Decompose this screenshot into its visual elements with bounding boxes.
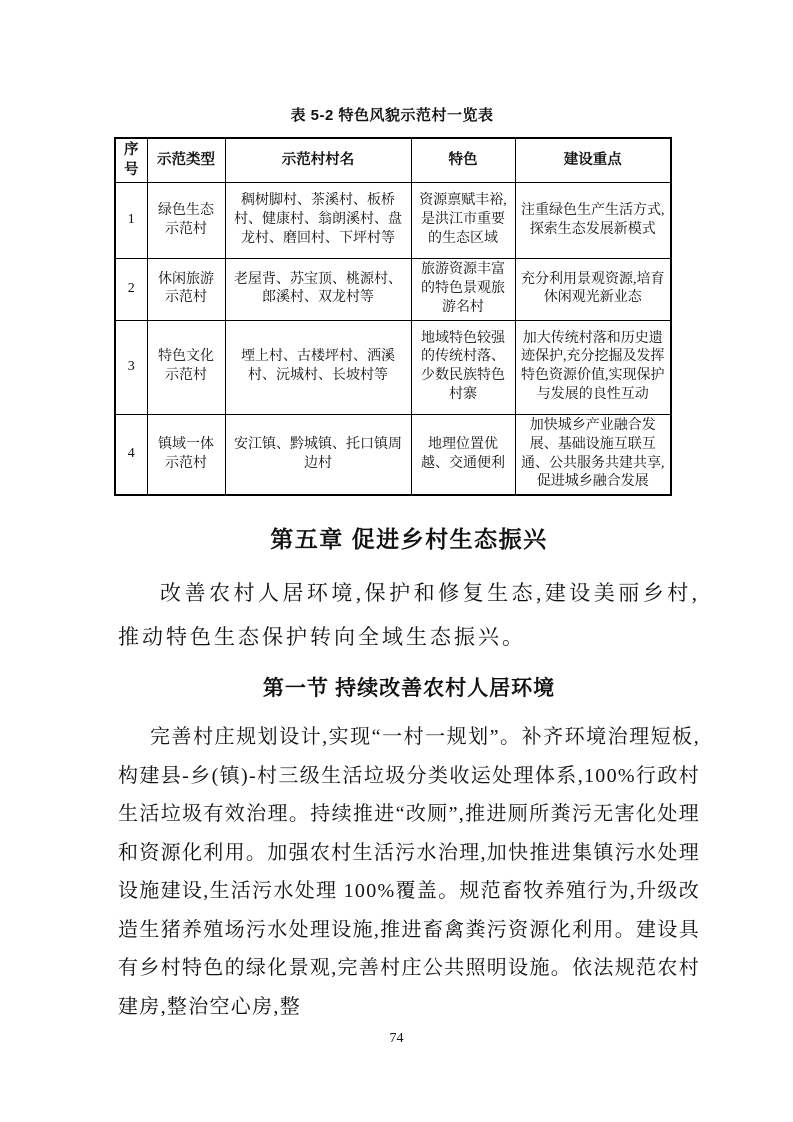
- cell-construction-focus: 充分利用景观资源,培育休闲观光新业态: [515, 259, 671, 321]
- col-header-serial: 序号: [115, 138, 147, 183]
- page-number: 74: [0, 1031, 793, 1047]
- cell-construction-focus: 加快城乡产业融合发展、基础设施互联互通、公共服务共建共享,促进城乡融合发展: [515, 414, 671, 495]
- table-row: 3 特色文化示范村 堙上村、古楼坪村、洒溪村、沅城村、长坡村等 地域特色较强的传…: [115, 320, 671, 414]
- table-row: 1 绿色生态示范村 稠树脚村、茶溪村、板桥村、健康村、翁朗溪村、盘龙村、磨回村、…: [115, 183, 671, 259]
- cell-demo-type: 绿色生态示范村: [147, 183, 225, 259]
- cell-feature: 地理位置优越、交通便利: [411, 414, 515, 495]
- cell-village-names: 安江镇、黔城镇、托口镇周边村: [225, 414, 411, 495]
- cell-demo-type: 镇域一体示范村: [147, 414, 225, 495]
- body-paragraph: 完善村庄规划设计,实现“一村一规划”。补齐环境治理短板,构建县-乡(镇)-村三级…: [118, 718, 700, 1026]
- document-page: 表 5-2 特色风貌示范村一览表 序号 示范类型 示范村村名 特色 建设重点: [0, 0, 793, 1122]
- cell-construction-focus: 注重绿色生产生活方式,探索生态发展新模式: [515, 183, 671, 259]
- table-caption: 表 5-2 特色风貌示范村一览表: [114, 104, 670, 125]
- cell-feature: 资源禀赋丰裕,是洪江市重要的生态区域: [411, 183, 515, 259]
- chapter-heading: 第五章 促进乡村生态振兴: [118, 521, 700, 554]
- col-header-feature: 特色: [411, 138, 515, 183]
- cell-serial: 2: [115, 259, 147, 321]
- cell-construction-focus: 加大传统村落和历史遗迹保护,充分挖掘及发挥特色资源价值,实现保护与发展的良性互动: [515, 320, 671, 414]
- table-row: 4 镇域一体示范村 安江镇、黔城镇、托口镇周边村 地理位置优越、交通便利 加快城…: [115, 414, 671, 495]
- cell-serial: 3: [115, 320, 147, 414]
- cell-demo-type: 特色文化示范村: [147, 320, 225, 414]
- cell-serial: 1: [115, 183, 147, 259]
- section-heading: 第一节 持续改善农村人居环境: [118, 672, 700, 702]
- table-header-row: 序号 示范类型 示范村村名 特色 建设重点: [115, 138, 671, 183]
- cell-village-names: 稠树脚村、茶溪村、板桥村、健康村、翁朗溪村、盘龙村、磨回村、下坪村等: [225, 183, 411, 259]
- cell-village-names: 老屋背、苏宝顶、桃源村、郎溪村、双龙村等: [225, 259, 411, 321]
- col-header-construction-focus: 建设重点: [515, 138, 671, 183]
- intro-paragraph: 改善农村人居环境,保护和修复生态,建设美丽乡村,推动特色生态保护转向全域生态振兴…: [118, 571, 700, 659]
- table-section: 表 5-2 特色风貌示范村一览表 序号 示范类型 示范村村名 特色 建设重点: [114, 104, 670, 496]
- cell-village-names: 堙上村、古楼坪村、洒溪村、沅城村、长坡村等: [225, 320, 411, 414]
- cell-demo-type: 休闲旅游示范村: [147, 259, 225, 321]
- cell-feature: 地域特色较强的传统村落、少数民族特色村寨: [411, 320, 515, 414]
- col-header-demo-type: 示范类型: [147, 138, 225, 183]
- cell-feature: 旅游资源丰富的特色景观旅游名村: [411, 259, 515, 321]
- cell-serial: 4: [115, 414, 147, 495]
- table-row: 2 休闲旅游示范村 老屋背、苏宝顶、桃源村、郎溪村、双龙村等 旅游资源丰富的特色…: [115, 259, 671, 321]
- demonstration-villages-table: 序号 示范类型 示范村村名 特色 建设重点 1 绿色生态示范村 稠树脚村、茶溪村…: [114, 137, 672, 496]
- col-header-village-names: 示范村村名: [225, 138, 411, 183]
